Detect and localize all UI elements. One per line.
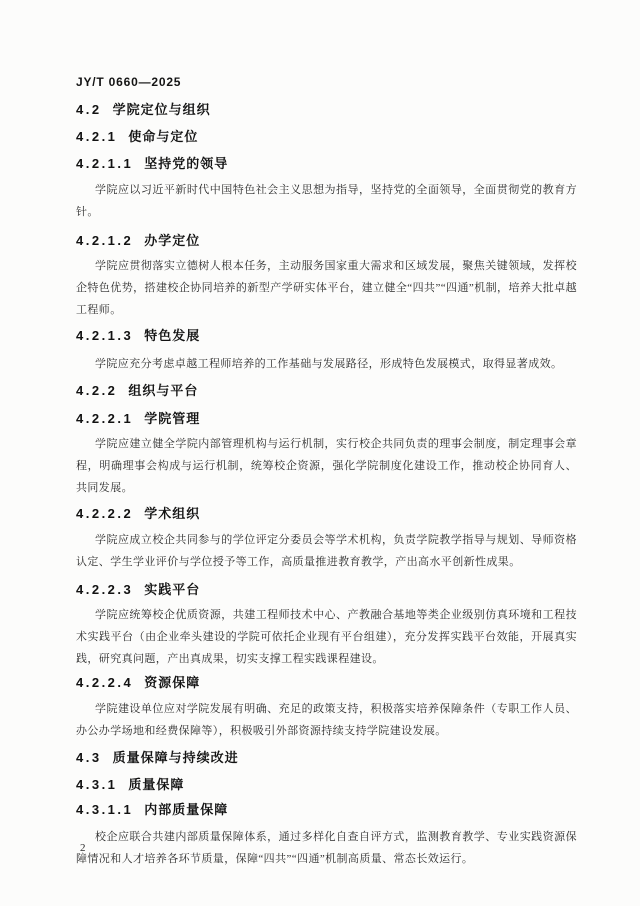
paragraph-4-2-2-4: 学院建设单位应对学院发展有明确、充足的政策支持，积极落实培养保障条件（专职工作人…: [76, 698, 577, 742]
paragraph-4-2-2-1: 学院应建立健全学院内部管理机构与运行机制，实行校企共同负责的理事会制度，制定理事…: [76, 433, 577, 499]
heading-title: 使命与定位: [128, 129, 198, 144]
heading-number: 4.2.1: [76, 129, 117, 144]
heading-number: 4.2.1.2: [76, 233, 133, 248]
paragraph-4-2-2-2: 学院应成立校企共同参与的学位评定分委员会等学术机构，负责学院教学指导与规划、导师…: [76, 529, 577, 573]
heading-4-2-2-2: 4.2.2.2学术组织: [76, 507, 577, 521]
heading-4-3-1-1: 4.3.1.1内部质量保障: [76, 803, 577, 817]
heading-number: 4.3: [76, 750, 102, 765]
heading-number: 4.3.1: [76, 777, 117, 792]
heading-number: 4.2.2: [76, 383, 117, 398]
heading-4-2-2-3: 4.2.2.3实践平台: [76, 583, 577, 597]
heading-title: 资源保障: [144, 675, 200, 690]
heading-number: 4.2: [76, 102, 102, 117]
heading-number: 4.2.2.4: [76, 675, 133, 690]
heading-title: 实践平台: [144, 582, 200, 597]
heading-4-2-2: 4.2.2组织与平台: [76, 384, 577, 398]
paragraph-4-3-1-1: 校企应联合共建内部质量保障体系，通过多样化自查自评方式，监测教育教学、专业实践资…: [76, 826, 577, 870]
paragraph-4-2-1-3: 学院应充分考虑卓越工程师培养的工作基础与发展路径，形成特色发展模式，取得显著成效…: [76, 353, 577, 375]
heading-title: 质量保障与持续改进: [113, 750, 239, 765]
document-page: JY/T 0660—2025 4.2学院定位与组织 4.2.1使命与定位 4.2…: [0, 0, 640, 906]
heading-4-3-1: 4.3.1质量保障: [76, 778, 577, 792]
heading-number: 4.2.1.1: [76, 156, 133, 171]
heading-number: 4.2.2.3: [76, 582, 133, 597]
heading-number: 4.3.1.1: [76, 802, 133, 817]
heading-number: 4.2.2.1: [76, 411, 133, 426]
heading-number: 4.2.1.3: [76, 328, 133, 343]
heading-4-2-1: 4.2.1使命与定位: [76, 130, 577, 144]
heading-title: 组织与平台: [128, 383, 198, 398]
paragraph-4-2-1-2: 学院应贯彻落实立德树人根本任务，主动服务国家重大需求和区域发展，聚焦关键领域，发…: [76, 255, 577, 321]
page-number: 2: [80, 842, 86, 855]
heading-title: 学术组织: [144, 506, 200, 521]
heading-4-2-1-2: 4.2.1.2办学定位: [76, 234, 577, 248]
heading-4-2-1-1: 4.2.1.1坚持党的领导: [76, 157, 577, 171]
heading-title: 学院定位与组织: [113, 102, 211, 117]
heading-4-2-2-1: 4.2.2.1学院管理: [76, 412, 577, 426]
heading-4-3: 4.3质量保障与持续改进: [76, 751, 577, 765]
heading-4-2-2-4: 4.2.2.4资源保障: [76, 676, 577, 690]
heading-title: 学院管理: [144, 411, 200, 426]
document-code-header: JY/T 0660—2025: [76, 76, 577, 89]
heading-title: 坚持党的领导: [144, 156, 228, 171]
heading-title: 特色发展: [144, 328, 200, 343]
paragraph-4-2-1-1: 学院应以习近平新时代中国特色社会主义思想为指导，坚持党的全面领导，全面贯彻党的教…: [76, 179, 577, 223]
heading-title: 办学定位: [144, 233, 200, 248]
heading-number: 4.2.2.2: [76, 506, 133, 521]
heading-title: 内部质量保障: [144, 802, 228, 817]
heading-title: 质量保障: [128, 777, 184, 792]
heading-4-2-1-3: 4.2.1.3特色发展: [76, 329, 577, 343]
paragraph-4-2-2-3: 学院应统筹校企优质资源，共建工程师技术中心、产教融合基地等类企业级别仿真环境和工…: [76, 604, 577, 670]
page-content: JY/T 0660—2025 4.2学院定位与组织 4.2.1使命与定位 4.2…: [76, 0, 577, 870]
heading-4-2: 4.2学院定位与组织: [76, 103, 577, 117]
